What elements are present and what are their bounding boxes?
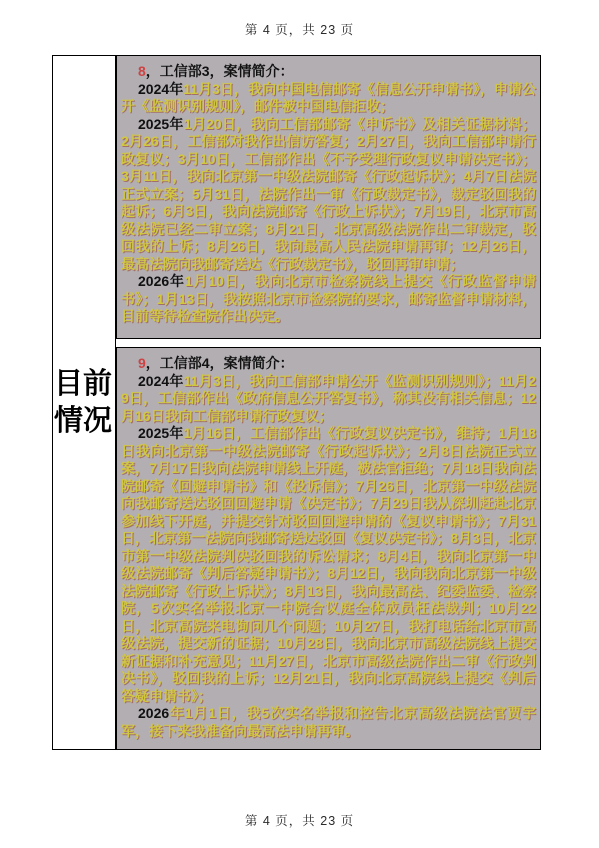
paragraph-2025: 2025年1月16日，工信部作出《行政复议决定书》，维持；1月18日我向北京第一… [121,425,536,705]
row-header-label: 目前情况 [53,366,115,440]
document-page: { "page": { "header": "第 4 页，共 23 页", "f… [0,0,599,848]
highlighted-text: 11月3日，我向中国电信邮寄《信息公开申请书》，申请公开《监测识别规则》，邮件被… [121,81,536,115]
section-number: 8 [138,63,146,79]
row-header-cell: 目前情况 [52,55,116,750]
page-header: 第 4 页，共 23 页 [0,20,599,38]
section-number: 9 [138,355,146,371]
year-lead: 2026年 [138,273,185,289]
case-sections-column: 8，工信部3，案情简介： 2024年11月3日，我向中国电信邮寄《信息公开申请书… [116,55,541,750]
paragraph-2026: 2026年1月10日，我向北京市检察院线上提交《行政监督申请书》；1月13日，我… [121,273,536,326]
highlighted-text: 11月3日，我向工信部申请公开《监测识别规则》；11月29日，工信部作出《政府信… [121,373,536,424]
paragraph-2024: 2024年11月3日，我向工信部申请公开《监测识别规则》；11月29日，工信部作… [121,373,536,426]
paragraph-2025: 2025年1月20日，我向工信部邮寄《申诉书》及相关证据材料；2月26日，工信部… [121,116,536,274]
paragraph-2026: 2026年1月1日，我5次实名举报和控告北京高级法院法官贾宇军，接下来我准备向最… [121,705,536,740]
paragraph-2024: 2024年11月3日，我向中国电信邮寄《信息公开申请书》，申请公开《监测识别规则… [121,81,536,116]
highlighted-text: 1月16日，工信部作出《行政复议决定书》，维持；1月18日我向北京第一中级法院邮… [121,425,536,704]
highlighted-text: 1月20日，我向工信部邮寄《申诉书》及相关证据材料；2月26日，工信部对我作出信… [121,116,536,272]
case-status-table: 目前情况 8，工信部3，案情简介： 2024年11月3日，我向中国电信邮寄《信息… [52,55,541,750]
section-minister4-cell: 9，工信部4，案情简介： 2024年11月3日，我向工信部申请公开《监测识别规则… [116,347,541,750]
highlighted-text: 年1月1日，我5次实名举报和控告北京高级法院法官贾宇军，接下来我准备向最高法申请… [121,705,536,739]
section-minister3-cell: 8，工信部3，案情简介： 2024年11月3日，我向中国电信邮寄《信息公开申请书… [116,55,541,339]
section-title-text: ，工信部4，案情简介： [146,355,294,371]
year-lead: 2025年 [138,425,184,441]
section-title: 8，工信部3，案情简介： [121,63,536,81]
year-lead: 2024年 [138,373,184,389]
section-title: 9，工信部4，案情简介： [121,355,536,373]
year-lead: 2024年 [138,81,183,97]
year-lead: 2025年 [138,116,184,132]
page-footer: 第 4 页，共 23 页 [0,811,599,829]
year-lead: 2026 [138,705,169,721]
section-title-text: ，工信部3，案情简介： [146,63,294,79]
